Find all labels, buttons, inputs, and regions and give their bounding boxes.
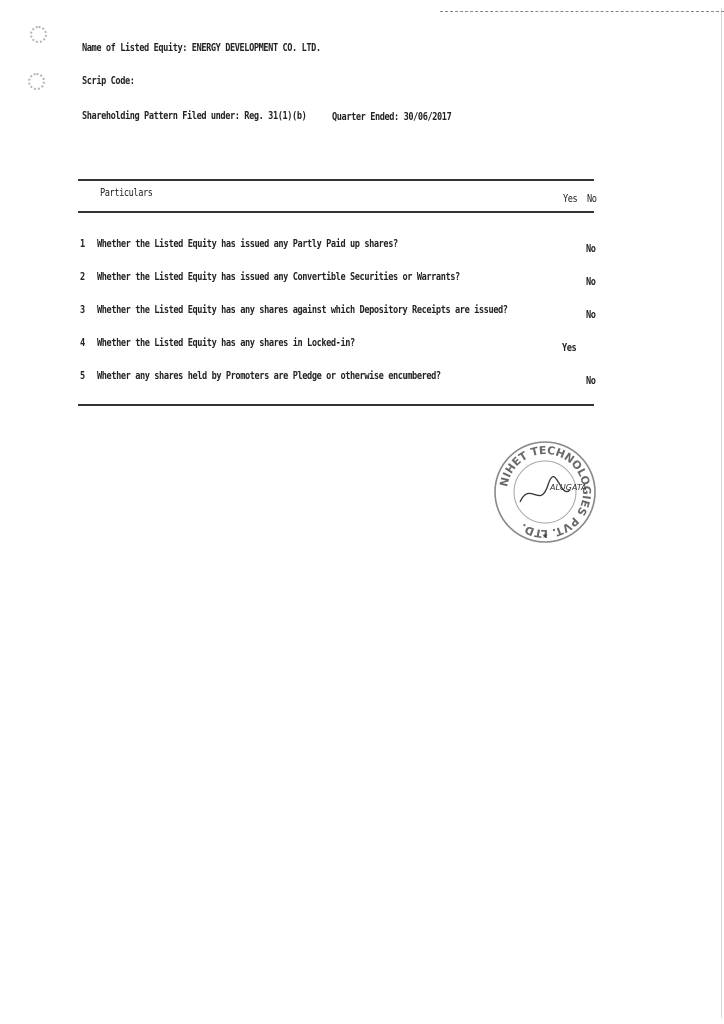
row-answer: Yes [562,342,576,354]
table-bottom-rule [78,404,594,406]
row-question: Whether any shares held by Promoters are… [97,370,441,382]
column-header-particulars: Particulars [100,187,153,199]
page-edge [721,8,722,1018]
table-top-rule [78,179,594,181]
table-header-rule [78,211,594,213]
row-number: 5 [80,370,85,382]
scanned-document-page: Name of Listed Equity: ENERGY DEVELOPMEN… [0,0,724,1024]
svg-text:ALUGATA: ALUGATA [549,483,587,492]
row-answer: No [586,243,596,255]
row-question: Whether the Listed Equity has issued any… [97,238,398,250]
row-answer: No [586,276,596,288]
svg-text:★: ★ [542,530,548,541]
row-answer: No [586,309,596,321]
top-dashed-line [440,11,724,12]
row-number: 3 [80,304,85,316]
listed-equity-name: Name of Listed Equity: ENERGY DEVELOPMEN… [82,42,321,54]
column-header-yes: Yes [563,193,577,205]
company-seal-stamp: NIHET TECHNOLOGIES PVT. LTD. ALUGATA ★ [490,440,600,544]
scrip-code: Scrip Code: [82,75,135,87]
column-header-no: No [587,193,597,205]
quarter-ended: Quarter Ended: 30/06/2017 [332,111,451,123]
row-answer: No [586,375,596,387]
row-question: Whether the Listed Equity has issued any… [97,271,460,283]
row-number: 4 [80,337,85,349]
row-question: Whether the Listed Equity has any shares… [97,337,355,349]
punch-hole-icon [28,73,45,90]
row-question: Whether the Listed Equity has any shares… [97,304,508,316]
row-number: 1 [80,238,85,250]
row-number: 2 [80,271,85,283]
punch-hole-icon [30,26,47,43]
filed-under: Shareholding Pattern Filed under: Reg. 3… [82,110,306,122]
